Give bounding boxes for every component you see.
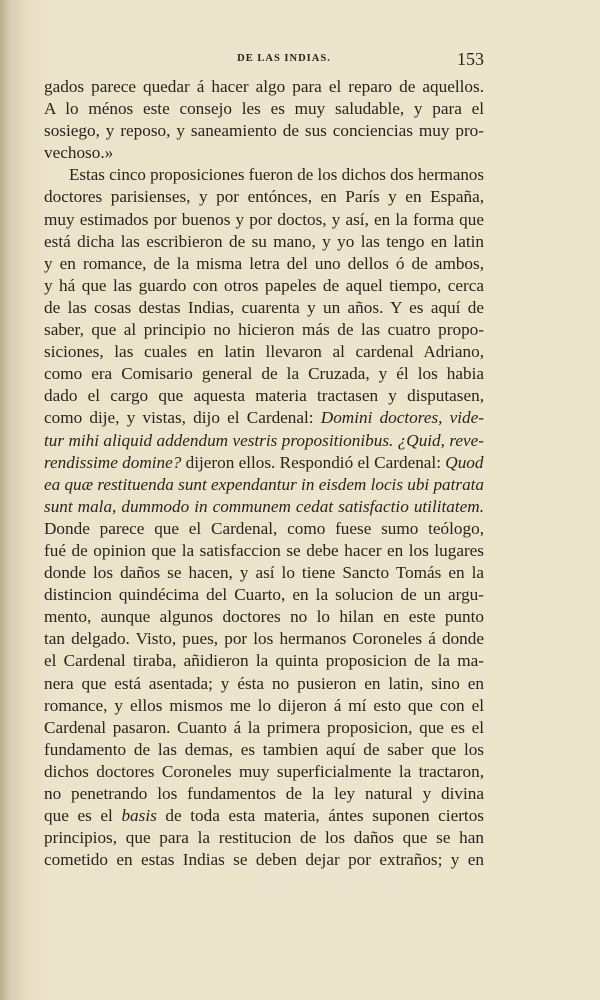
text-line: no penetrando los fundamentos de la ley …	[44, 783, 484, 805]
text-segment: tan delgado. Visto, pues, por los herman…	[44, 629, 484, 648]
text-segment: romance, y ellos mismos me lo dijeron á …	[44, 696, 484, 715]
text-line: fué de opinion que la satisfaccion se de…	[44, 540, 484, 562]
text-line: Cardenal pasaron. Cuanto á la primera pr…	[44, 717, 484, 739]
text-line: dado el cargo que aquesta materia tracta…	[44, 385, 484, 407]
running-title: DE LAS INDIAS.	[44, 53, 484, 64]
text-segment: fundamento de las demas, es tambien aquí…	[44, 740, 484, 759]
text-line: donde los daños se hacen, y así lo tiene…	[44, 562, 484, 584]
text-line: fundamento de las demas, es tambien aquí…	[44, 739, 484, 761]
text-segment: de las cosas destas Indias, cuarenta y u…	[44, 298, 484, 317]
text-segment: fué de opinion que la satisfaccion se de…	[44, 541, 484, 560]
text-segment: y en romance, de la misma letra del uno …	[44, 254, 484, 273]
text-line: muy estimados por buenos y por doctos, y…	[44, 209, 484, 231]
book-page: DE LAS INDIAS. 153 gados parece quedar á…	[0, 0, 600, 1000]
italic-text-segment: Quod	[445, 453, 483, 472]
text-line: Estas cinco proposiciones fueron de los …	[44, 164, 484, 186]
text-segment: A lo ménos este consejo les es muy salud…	[44, 99, 484, 118]
text-segment: Cardenal pasaron. Cuanto á la primera pr…	[44, 718, 484, 737]
text-segment: principios, que para la restitucion de l…	[44, 828, 484, 847]
page-number: 153	[457, 49, 484, 70]
text-line: tur mihi aliquid addendum vestris propos…	[44, 430, 484, 452]
text-segment: dichos doctores Coroneles muy superficia…	[44, 762, 484, 781]
text-segment: distincion quindécima del Cuarto, en la …	[44, 585, 484, 604]
text-segment: como dije, y vistas, dijo el Cardenal:	[44, 408, 321, 427]
italic-text-segment: basis	[121, 806, 156, 825]
text-segment: saber, que al principio no hicieron más …	[44, 320, 484, 339]
text-line: cometido en estas Indias se deben dejar …	[44, 849, 484, 871]
italic-text-segment: tur mihi aliquid addendum vestris propos…	[44, 431, 484, 450]
text-line: rendissime domine? dijeron ellos. Respon…	[44, 452, 484, 474]
text-line: de las cosas destas Indias, cuarenta y u…	[44, 297, 484, 319]
running-header: DE LAS INDIAS. 153	[44, 49, 484, 73]
text-line: dichos doctores Coroneles muy superficia…	[44, 761, 484, 783]
text-segment: no penetrando los fundamentos de la ley …	[44, 784, 484, 803]
text-line: sosiego, y reposo, y saneamiento de sus …	[44, 120, 484, 142]
text-line: sunt mala, dummodo in communem cedat sat…	[44, 496, 484, 518]
text-segment: nera que está asentada; y ésta no pusier…	[44, 674, 484, 693]
text-line: como dije, y vistas, dijo el Cardenal: D…	[44, 407, 484, 429]
text-segment: de toda esta materia, ántes suponen cier…	[157, 806, 484, 825]
text-line: y há que las guardo con otros papeles de…	[44, 275, 484, 297]
text-segment: el Cardenal tiraba, añidieron la quinta …	[44, 651, 484, 670]
text-line: A lo ménos este consejo les es muy salud…	[44, 98, 484, 120]
text-segment: dado el cargo que aquesta materia tracta…	[44, 386, 484, 405]
text-line: doctores parisienses, y por entónces, en…	[44, 186, 484, 208]
text-line: saber, que al principio no hicieron más …	[44, 319, 484, 341]
text-line: romance, y ellos mismos me lo dijeron á …	[44, 695, 484, 717]
text-line: el Cardenal tiraba, añidieron la quinta …	[44, 650, 484, 672]
text-segment: como era Comisario general de la Cruzada…	[44, 364, 484, 383]
text-line: como era Comisario general de la Cruzada…	[44, 363, 484, 385]
text-segment: cometido en estas Indias se deben dejar …	[44, 850, 484, 869]
text-line: principios, que para la restitucion de l…	[44, 827, 484, 849]
text-segment: Estas cinco proposiciones fueron de los …	[69, 165, 484, 184]
italic-text-segment: Domini doctores, vide-	[321, 408, 484, 427]
text-segment: está dicha las escribieron de su mano, y…	[44, 232, 484, 251]
italic-text-segment: ea quæ restituenda sunt expendantur in e…	[44, 475, 484, 494]
text-line: siciones, las cuales en latin llevaron a…	[44, 341, 484, 363]
text-line: distincion quindécima del Cuarto, en la …	[44, 584, 484, 606]
text-segment: doctores parisienses, y por entónces, en…	[44, 187, 484, 206]
text-segment: Donde parece que el Cardenal, como fuese…	[44, 519, 484, 538]
text-line: tan delgado. Visto, pues, por los herman…	[44, 628, 484, 650]
text-line: gados parece quedar á hacer algo para el…	[44, 76, 484, 98]
text-segment: dijeron ellos. Respondió el Cardenal:	[181, 453, 445, 472]
text-segment: que es el	[44, 806, 121, 825]
text-line: Donde parece que el Cardenal, como fuese…	[44, 518, 484, 540]
italic-text-segment: sunt mala, dummodo in communem cedat sat…	[44, 497, 484, 516]
text-line: mento, aunque algunos doctores no lo hil…	[44, 606, 484, 628]
text-line: y en romance, de la misma letra del uno …	[44, 253, 484, 275]
text-segment: mento, aunque algunos doctores no lo hil…	[44, 607, 484, 626]
text-segment: sosiego, y reposo, y saneamiento de sus …	[44, 121, 484, 140]
text-line: ea quæ restituenda sunt expendantur in e…	[44, 474, 484, 496]
text-segment: siciones, las cuales en latin llevaron a…	[44, 342, 484, 361]
text-segment: vechoso.»	[44, 143, 113, 162]
text-segment: donde los daños se hacen, y así lo tiene…	[44, 563, 484, 582]
text-line: nera que está asentada; y ésta no pusier…	[44, 673, 484, 695]
text-line: vechoso.»	[44, 142, 484, 164]
text-segment: y há que las guardo con otros papeles de…	[44, 276, 484, 295]
body-text: gados parece quedar á hacer algo para el…	[44, 76, 484, 871]
text-segment: muy estimados por buenos y por doctos, y…	[44, 210, 484, 229]
text-line: está dicha las escribieron de su mano, y…	[44, 231, 484, 253]
text-segment: gados parece quedar á hacer algo para el…	[44, 77, 484, 96]
text-line: que es el basis de toda esta materia, án…	[44, 805, 484, 827]
italic-text-segment: rendissime domine?	[44, 453, 181, 472]
